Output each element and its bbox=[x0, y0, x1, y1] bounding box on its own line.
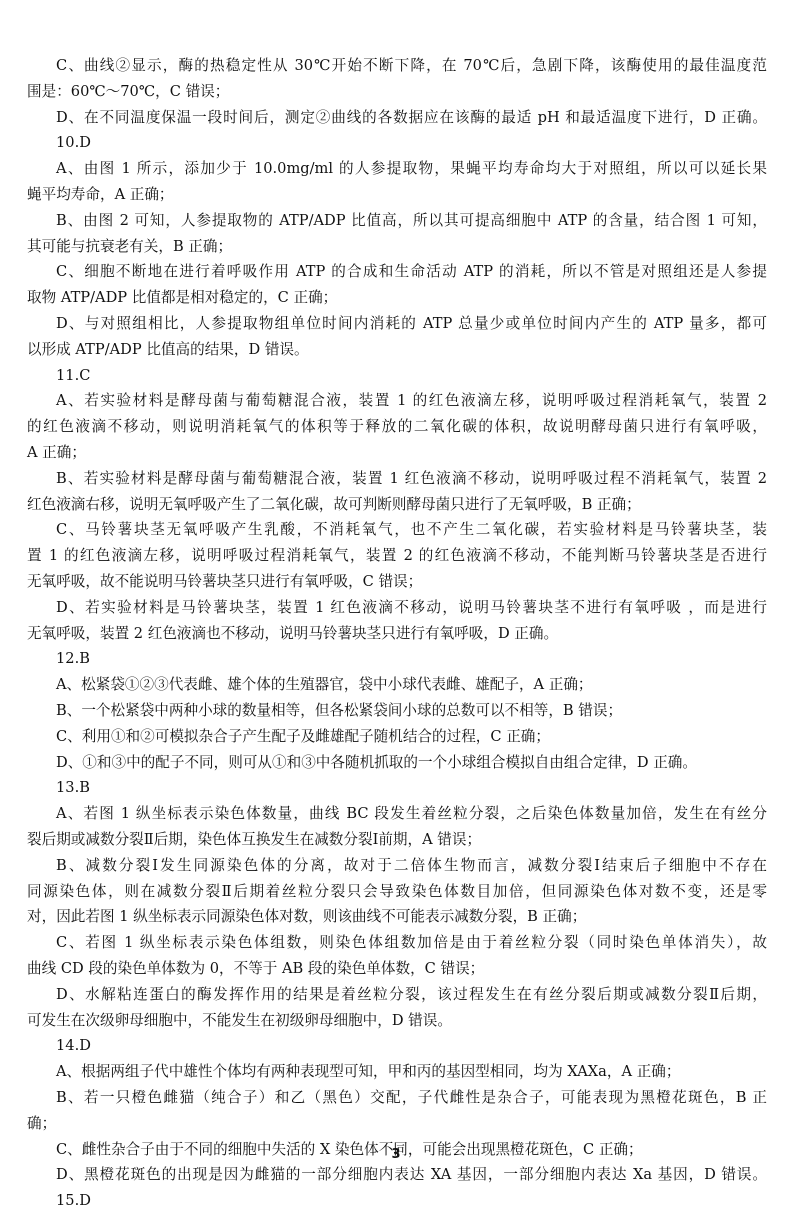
text-line: A、松紧袋①②③代表雌、雄个体的生殖器官，袋中小球代表雌、雄配子，A 正确； bbox=[56, 673, 767, 697]
text-line: 以形成 ATP/ADP 比值高的结果，D 错误。 bbox=[27, 338, 767, 362]
text-line: D、黑橙花斑色的出现是因为雌猫的一部分细胞内表达 XA 基因，一部分细胞内表达 … bbox=[56, 1163, 767, 1187]
text-line: C、马铃薯块茎无氧呼吸产生乳酸，不消耗氧气，也不产生二氧化碳，若实验材料是马铃薯… bbox=[56, 518, 767, 542]
document-page: C、曲线②显示，酶的热稳定性从 30℃开始不断下降，在 70℃后，急剧下降，该酶… bbox=[0, 0, 800, 1208]
text-line: 围是：60℃～70℃，C 错误； bbox=[27, 80, 767, 104]
text-line: A、若图 1 纵坐标表示染色体数量，曲线 BC 段发生着丝粒分裂，之后染色体数量… bbox=[56, 802, 767, 826]
text-line: D、若实验材料是马铃薯块茎，装置 1 红色液滴不移动，说明马铃薯块茎不进行有氧呼… bbox=[56, 596, 767, 620]
text-line: 确； bbox=[27, 1112, 767, 1136]
text-line: 无氧呼吸，故不能说明马铃薯块茎只进行有氧呼吸，C 错误； bbox=[27, 570, 767, 594]
text-line: 曲线 CD 段的染色单体数为 0，不等于 AB 段的染色单体数，C 错误； bbox=[27, 957, 767, 981]
text-line: C、细胞不断地在进行着呼吸作用 ATP 的合成和生命活动 ATP 的消耗，所以不… bbox=[56, 260, 767, 284]
text-line: A、若实验材料是酵母菌与葡萄糖混合液，装置 1 的红色液滴左移，说明呼吸过程消耗… bbox=[56, 389, 767, 413]
text-line: D、在不同温度保温一段时间后，测定②曲线的各数据应在该酶的最适 pH 和最适温度… bbox=[56, 106, 767, 130]
text-line: A、根据两组子代中雄性个体均有两种表现型可知，甲和丙的基因型相同，均为 XAXa… bbox=[56, 1060, 767, 1084]
text-line: A 正确； bbox=[27, 441, 767, 465]
text-line: D、①和③中的配子不同，则可从①和③中各随机抓取的一个小球组合模拟自由组合定律，… bbox=[56, 751, 767, 775]
text-line: 对，因此若图 1 纵坐标表示同源染色体对数，则该曲线不可能表示减数分裂，B 正确… bbox=[27, 905, 767, 929]
question-number: 15.D bbox=[56, 1189, 256, 1208]
text-line: B、由图 2 可知，人参提取物的 ATP/ADP 比值高，所以其可提高细胞中 A… bbox=[56, 209, 767, 233]
text-line: 其可能与抗衰老有关，B 正确； bbox=[27, 235, 767, 259]
question-number: 11.C bbox=[56, 364, 256, 388]
text-line: 裂后期或减数分裂Ⅱ后期，染色体互换发生在减数分裂Ⅰ前期，A 错误； bbox=[27, 828, 767, 852]
text-line: 可发生在次级卵母细胞中，不能发生在初级卵母细胞中，D 错误。 bbox=[27, 1009, 767, 1033]
question-number: 10.D bbox=[56, 131, 256, 155]
text-line: B、一个松紧袋中两种小球的数量相等，但各松紧袋间小球的总数可以不相等，B 错误； bbox=[56, 699, 767, 723]
text-line: D、水解粘连蛋白的酶发挥作用的结果是着丝粒分裂，该过程发生在有丝分裂后期或减数分… bbox=[56, 983, 767, 1007]
text-line: 红色液滴右移，说明无氧呼吸产生了二氧化碳，故可判断则酵母菌只进行了无氧呼吸，B … bbox=[27, 493, 767, 517]
text-line: 蝇平均寿命，A 正确； bbox=[27, 183, 767, 207]
text-line: B、若实验材料是酵母菌与葡萄糖混合液，装置 1 红色液滴不移动，说明呼吸过程不消… bbox=[56, 467, 767, 491]
text-line: B、若一只橙色雌猫（纯合子）和乙（黑色）交配，子代雌性是杂合子，可能表现为黑橙花… bbox=[56, 1086, 767, 1110]
text-line: 同源染色体，则在减数分裂Ⅱ后期着丝粒分裂只会导致染色体数目加倍，但同源染色体对数… bbox=[27, 880, 767, 904]
text-line: A、由图 1 所示，添加少于 10.0mg/ml 的人参提取物，果蝇平均寿命均大… bbox=[56, 157, 767, 181]
question-number: 13.B bbox=[56, 776, 256, 800]
text-line: 取物 ATP/ADP 比值都是相对稳定的，C 正确； bbox=[27, 286, 767, 310]
text-line: C、若图 1 纵坐标表示染色体组数，则染色体组数加倍是由于着丝粒分裂（同时染色单… bbox=[56, 931, 767, 955]
question-number: 12.B bbox=[56, 647, 256, 671]
question-number: 14.D bbox=[56, 1034, 256, 1058]
text-line: C、曲线②显示，酶的热稳定性从 30℃开始不断下降，在 70℃后，急剧下降，该酶… bbox=[56, 54, 767, 78]
text-line: 的红色液滴不移动，则说明消耗氧气的体积等于释放的二氧化碳的体积，故说明酵母菌只进… bbox=[27, 415, 767, 439]
text-line: B、减数分裂Ⅰ发生同源染色体的分离，故对于二倍体生物而言，减数分裂Ⅰ结束后子细胞… bbox=[56, 854, 767, 878]
text-line: C、利用①和②可模拟杂合子产生配子及雌雄配子随机结合的过程，C 正确； bbox=[56, 725, 767, 749]
page-number: 3 bbox=[0, 1147, 792, 1162]
text-line: 无氧呼吸，装置 2 红色液滴也不移动，说明马铃薯块茎只进行有氧呼吸，D 正确。 bbox=[27, 622, 767, 646]
text-line: 置 1 的红色液滴左移，说明呼吸过程消耗氧气，装置 2 的红色液滴不移动，不能判… bbox=[27, 544, 767, 568]
text-line: D、与对照组相比，人参提取物组单位时间内消耗的 ATP 总量少或单位时间内产生的… bbox=[56, 312, 767, 336]
